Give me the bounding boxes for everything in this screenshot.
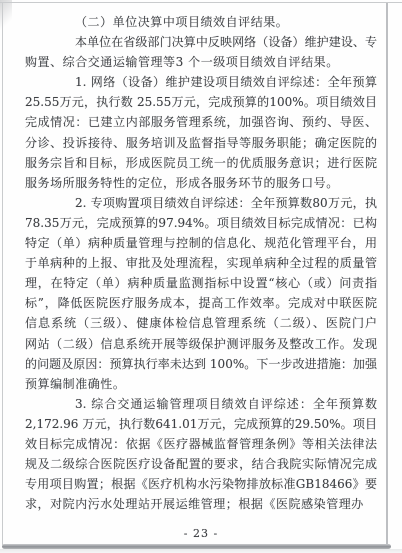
text-line: 专用项目购置；根据《医疗机构水污染物排放标准GB18466》要 [25, 474, 377, 494]
text-line: 理，在特定（单）病种质量监测指标中设置“核心（或）问责指 [25, 273, 377, 293]
document-body: （二）单位决算中项目绩效自评结果。本单位在省级部门决算中反映网络（设备）维护建设… [25, 12, 377, 514]
text-line: 服务宗旨和目标，形成医院员工统一的优质服务意识；进行医院 [25, 153, 377, 173]
text-line: 1. 网络（设备）维护建设项目绩效自评综述：全年预算数 [25, 72, 377, 92]
text-line: 求，对院内污水处理站开展运维管理；根据《医院感染管理办 [25, 494, 377, 514]
text-line: 标”，降低医院医疗服务成本，提高工作效率。完成对中联医院 [25, 293, 377, 313]
text-line: 信息系统（三级）、健康体检信息管理系统（二级）、医院门户 [25, 313, 377, 333]
text-line: 的问题及原因：预算执行率未达到 100%。下一步改进措施：加强 [25, 354, 377, 374]
page-edge-top [0, 2, 402, 3]
text-line: 规及二级综合医院医疗设备配置的要求，结合我院实际情况完成 [25, 454, 377, 474]
scan-bottom-margin [0, 549, 402, 553]
text-line: 购置、综合交通运输管理等3 个一级项目绩效自评结果。 [25, 52, 377, 72]
text-line: 3. 综合交通运输管理项目绩效自评综述：全年预算数 [25, 394, 377, 414]
text-line: 网站（二级）信息系统开展等级保护测评服务及整改工作。发现 [25, 334, 377, 354]
page-number: - 23 - [0, 527, 402, 540]
text-line: 78.35万元，完成预算的97.94%。项目绩效目标完成情况：已构建 [25, 213, 377, 233]
text-line: 预算编制准确性。 [25, 374, 377, 394]
text-line: 2. 专项购置项目绩效自评综述：全年预算数80万元，执行数 [25, 193, 377, 213]
text-line: 特定（单）病种质量管理与控制的信息化、规范化管理平台，用 [25, 233, 377, 253]
page-edge-right [386, 3, 388, 545]
text-line: 于单病种的上报、审批及处理流程，实现单病种全过程的质量管 [25, 253, 377, 273]
text-line: 效目标完成情况：依据《医疗器械监督管理条例》等相关法律法 [25, 434, 377, 454]
text-line: 完成情况：已建立内部服务管理系统，加强咨询、预约、导医、 [25, 112, 377, 132]
scanned-document-page: （二）单位决算中项目绩效自评结果。本单位在省级部门决算中反映网络（设备）维护建设… [0, 0, 402, 553]
text-line: 2,172.96 万元，执行数641.01万元，完成预算的29.50%。项目绩 [25, 414, 377, 434]
text-line: 25.55万元，执行数 25.55万元，完成预算的100%。项目绩效目标 [25, 92, 377, 112]
text-line: （二）单位决算中项目绩效自评结果。 [25, 12, 377, 32]
text-line: 分诊、投诉接待、服务培训及监督指导等服务职能；确定医院的 [25, 133, 377, 153]
text-line: 本单位在省级部门决算中反映网络（设备）维护建设、专项 [25, 32, 377, 52]
text-line: 服务场所服务特性的定位，形成各服务环节的服务口号。 [25, 173, 377, 193]
page-edge-left [2, 2, 3, 545]
